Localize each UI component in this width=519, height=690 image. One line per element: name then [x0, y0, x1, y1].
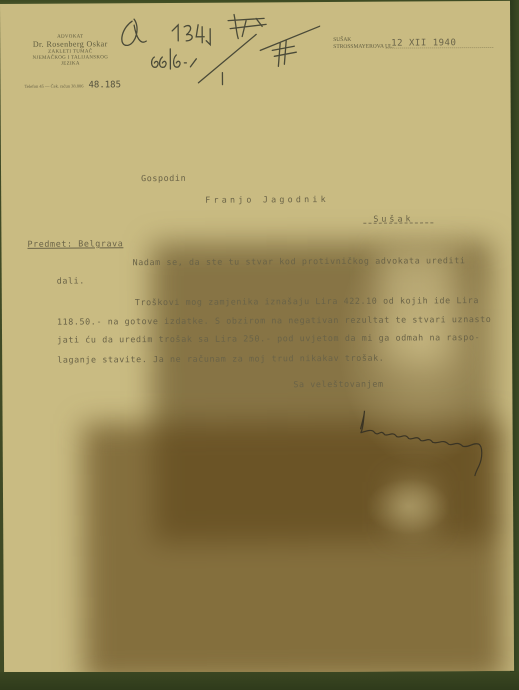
recipient-salutation: Gospodin [141, 173, 186, 183]
body-p1-line1: Nadam se, da ste tu stvar kod protivničk… [133, 255, 466, 267]
table-surface-bottom [0, 672, 519, 690]
letterhead-line1: ZAKLETI TUMAČ [20, 49, 120, 55]
letterhead: ADVOKAT Dr. Rosenberg Oskar ZAKLETI TUMA… [20, 33, 120, 68]
letterhead-line2: NJEMAČKOG I TALIJANSKOG [20, 55, 120, 61]
photo-highlight [393, 481, 433, 531]
body-p2-line1: Troškovi mog zamjenika iznašaju Lira 422… [135, 295, 479, 307]
handwritten-notes-icon [110, 6, 320, 87]
photo-shadow [382, 251, 453, 361]
closing: Sa veleštovanjem [293, 379, 383, 390]
letterhead-line3: JEZIKA [20, 61, 120, 67]
body-p2-line4: laganje stavite. Ja ne računam za moj tr… [57, 353, 384, 365]
signature-icon [352, 406, 492, 477]
recipient-name: Franjo Jagodnik [205, 194, 329, 205]
body-p2-line2: 118.50.- na gotove izdatke. S obzirom na… [57, 314, 492, 327]
letter-page: ADVOKAT Dr. Rosenberg Oskar ZAKLETI TUMA… [0, 1, 514, 674]
place-city: SUŠAK [333, 37, 351, 43]
letter-subject: Predmet: Belgrava [27, 238, 123, 249]
letterhead-telephone: Telefon 45 — Ček. račun 38.806 [24, 83, 83, 88]
body-p2-line3: jati ću da uredim trošak sa Lira 250.- p… [57, 332, 480, 345]
photo-shadow [151, 241, 493, 543]
recipient-city-underline [363, 222, 433, 223]
date-dotted-line [385, 47, 493, 49]
body-p1-line2: dali. [57, 275, 85, 285]
letterhead-name: Dr. Rosenberg Oskar [20, 40, 120, 49]
